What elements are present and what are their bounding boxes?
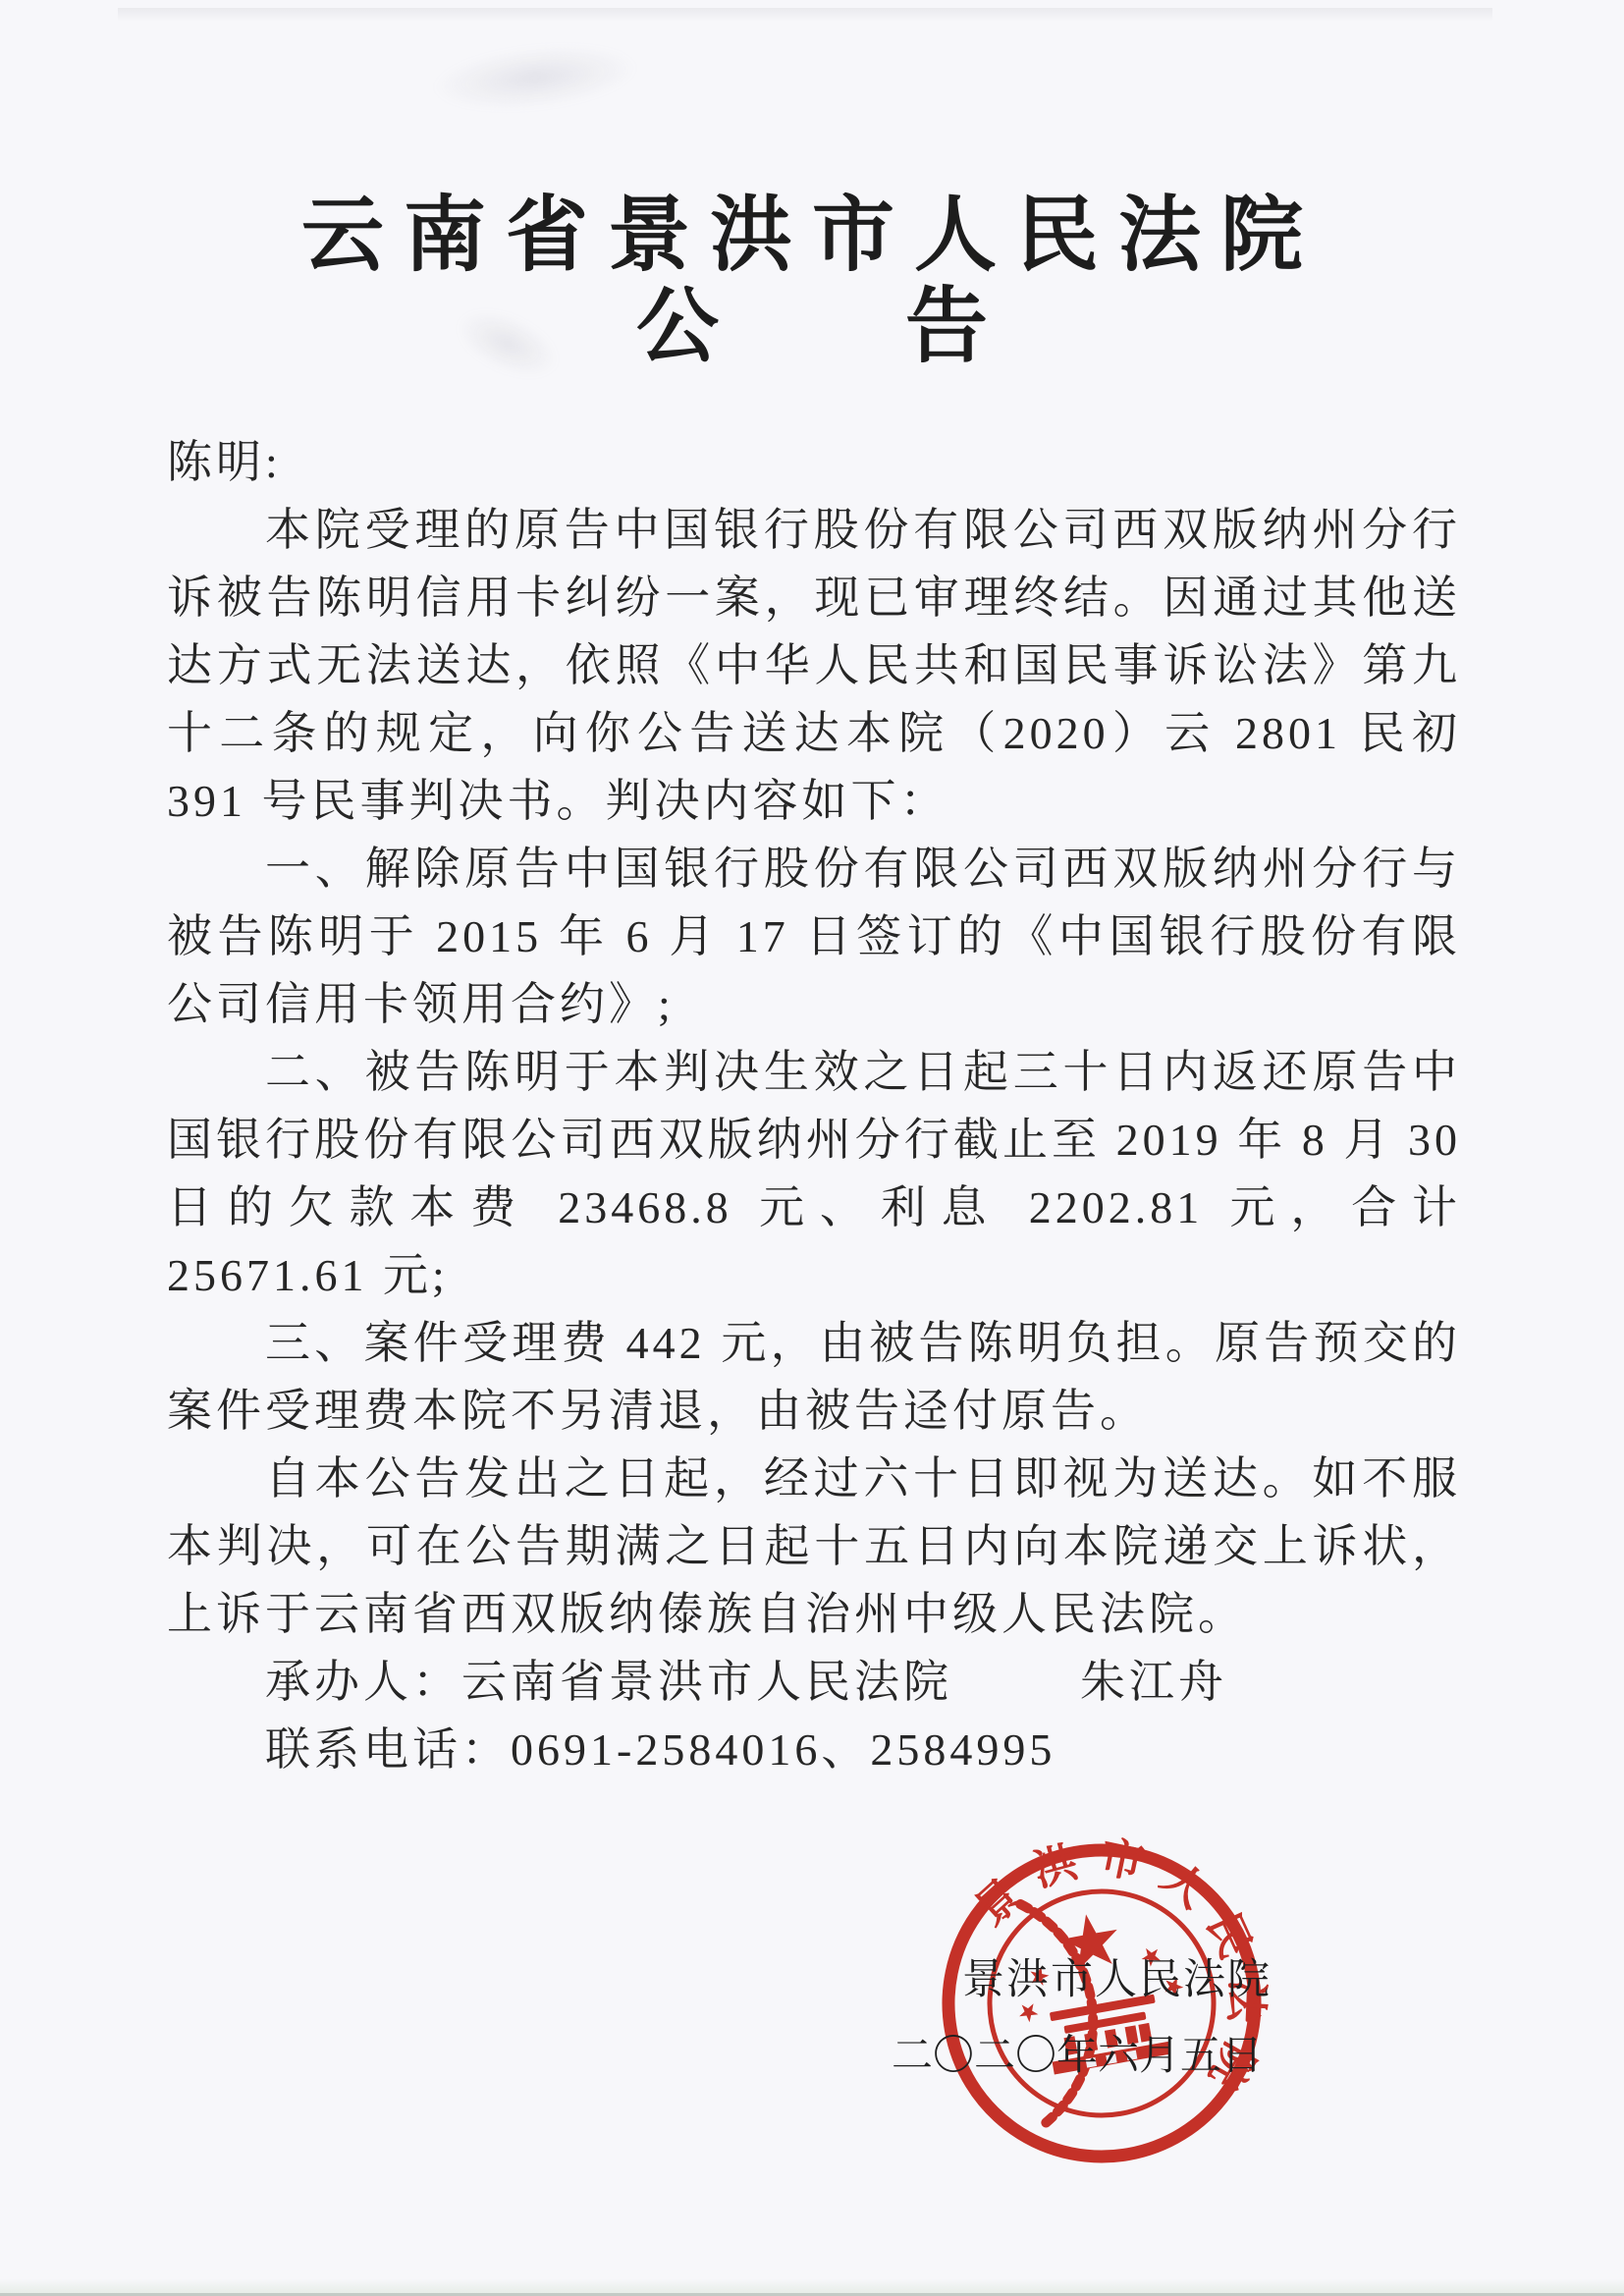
handler-court: 云南省景洪市人民法院 <box>461 1657 952 1707</box>
notice-title: 公告 <box>0 284 1624 373</box>
notice-char-1: 公 <box>636 282 719 373</box>
handler-name: 朱江舟 <box>1080 1657 1227 1707</box>
scan-smudge <box>429 36 640 119</box>
notice-body: 陈明: 本院受理的原告中国银行股份有限公司西双版纳州分行诉被告陈明信用卡纠纷一案… <box>167 428 1461 1783</box>
scan-bottom-edge <box>0 2279 1624 2296</box>
signature-date: 二〇二〇年六月五日 <box>892 2023 1263 2082</box>
scan-shadow-top <box>118 8 1492 22</box>
court-title: 云南省景洪市人民法院 <box>0 192 1624 282</box>
paragraph-judgment-item-3: 三、案件受理费 442 元，由被告陈明负担。原告预交的案件受理费本院不另清退，由… <box>167 1309 1461 1445</box>
paragraph-judgment-item-1: 一、解除原告中国银行股份有限公司西双版纳州分行与被告陈明于 2015 年 6 月… <box>167 835 1461 1038</box>
handler-label: 承办人： <box>265 1657 461 1707</box>
salutation: 陈明: <box>167 428 1461 496</box>
phone-line: 联系电话：0691-2584016、2584995 <box>167 1716 1461 1783</box>
signature-court-name: 景洪市人民法院 <box>962 1946 1272 2006</box>
document-header: 云南省景洪市人民法院 公告 <box>0 192 1624 372</box>
handler-line: 承办人：云南省景洪市人民法院朱江舟 <box>167 1648 1461 1716</box>
paragraph-case-summary: 本院受理的原告中国银行股份有限公司西双版纳州分行诉被告陈明信用卡纠纷一案，现已审… <box>167 496 1461 835</box>
paragraph-appeal-notice: 自本公告发出之日起，经过六十日即视为送达。如不服本判决，可在公告期满之日起十五日… <box>167 1445 1461 1648</box>
paragraph-judgment-item-2: 二、被告陈明于本判决生效之日起三十日内返还原告中国银行股份有限公司西双版纳州分行… <box>167 1038 1461 1309</box>
scanned-court-notice-page: 云南省景洪市人民法院 公告 陈明: 本院受理的原告中国银行股份有限公司西双版纳州… <box>0 0 1624 2296</box>
notice-char-2: 告 <box>905 282 988 373</box>
